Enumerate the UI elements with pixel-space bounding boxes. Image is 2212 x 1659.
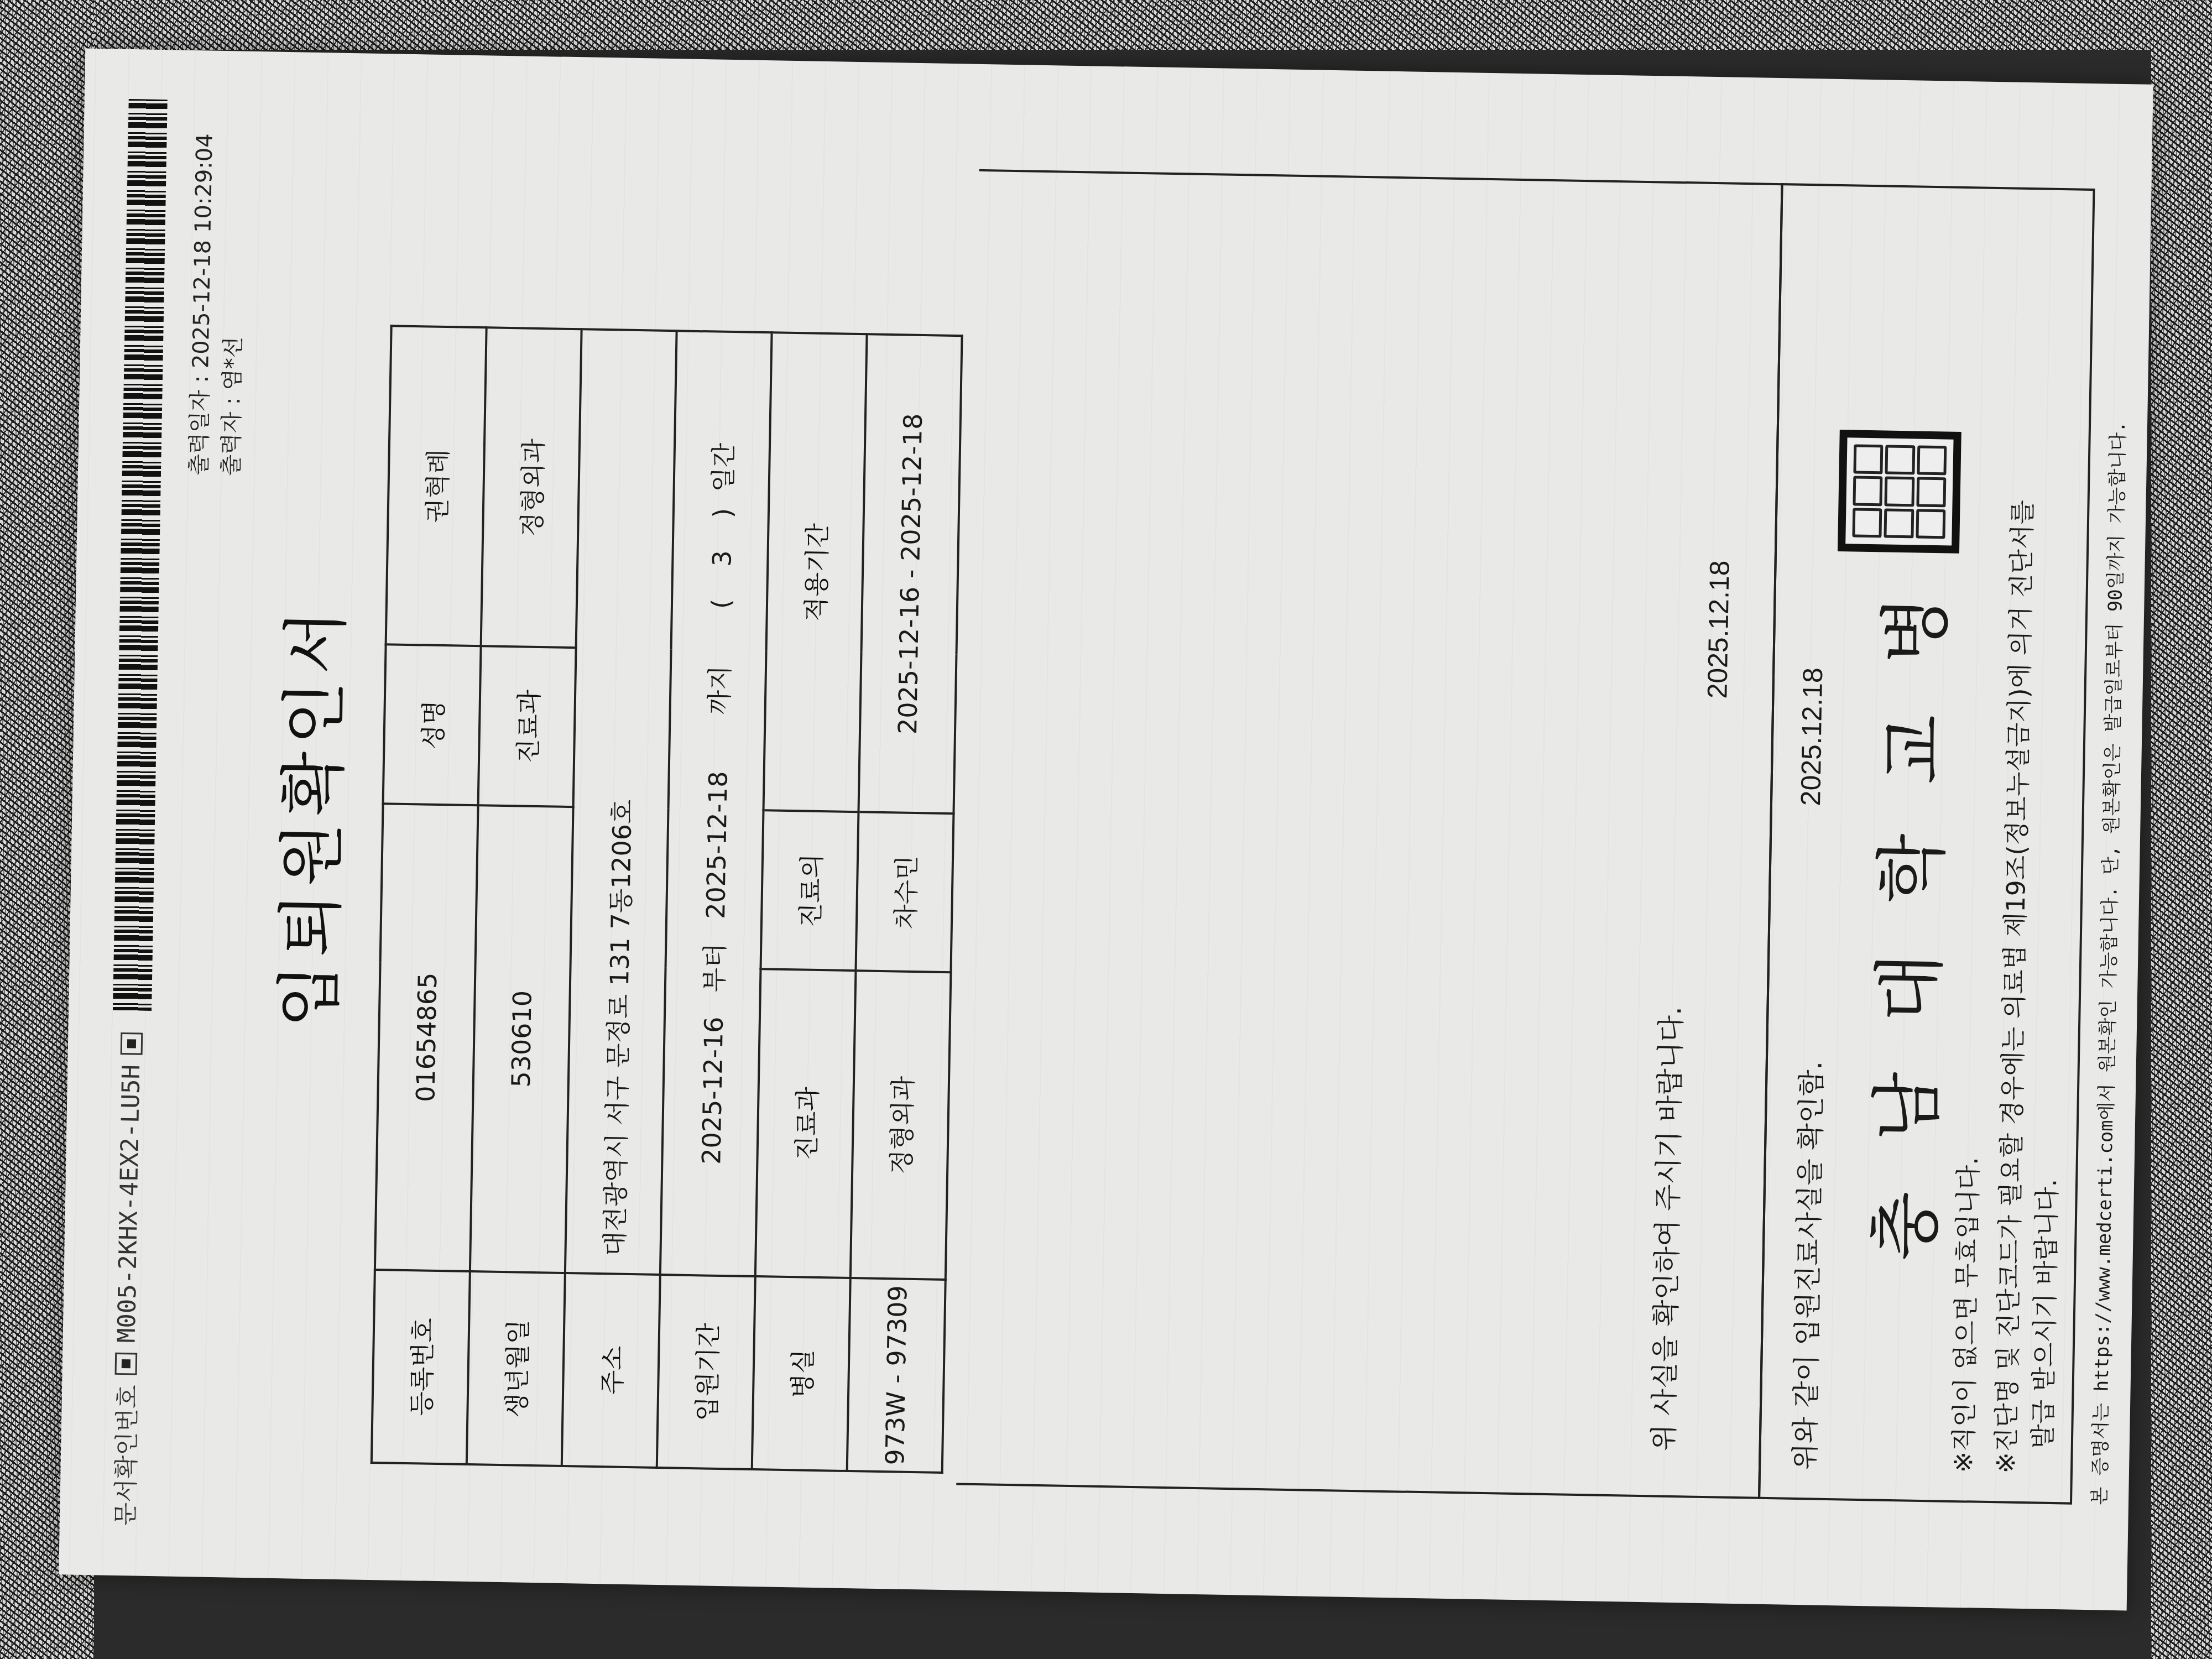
- dept-label: 진료과: [478, 646, 576, 807]
- certification-section: 위와 같이 입원진료사실을 확인함. 2025.12.18 충남대학교병원 ※직…: [1758, 183, 2095, 1505]
- box-marker-icon: [115, 1353, 138, 1375]
- apply-period-value: 2025-12-16 - 2025-12-18: [858, 335, 962, 813]
- admission-info-table: 등록번호 01654865 성명 권혁례 생년월일 530610 진료과 정형외…: [371, 325, 963, 1474]
- verification-footer: 본 증명서는 https://www.medcerti.com에서 원본확인 가…: [2084, 189, 2135, 1505]
- document-title: 입퇴원확인서: [247, 52, 368, 1580]
- print-date-label: 출력일자: [186, 390, 213, 476]
- official-seal-icon: [1838, 430, 1961, 554]
- from-label: 부터: [700, 943, 731, 993]
- room-dept-label: 진료과: [755, 969, 856, 1278]
- request-date: 2025.12.18: [1701, 560, 1735, 699]
- paren-close: ): [708, 508, 738, 518]
- certificate-date: 2025.12.18: [1782, 186, 1837, 1498]
- period-value: 2025-12-16 부터 2025-12-18 까지 ( 3 ) 일간: [660, 331, 772, 1276]
- period-label: 입원기간: [657, 1275, 755, 1469]
- security-pattern-top: [0, 0, 2212, 50]
- admit-date: 2025-12-16: [696, 1016, 729, 1165]
- dept-value: 정형외과: [481, 328, 582, 648]
- printed-by-label: 출력자: [218, 411, 245, 476]
- doctor-label: 진료의: [760, 810, 858, 971]
- doc-confirm-value: M005-2KHX-4EX2-LU5H: [112, 1064, 145, 1343]
- address-value: 대전광역시 서구 문정로 131 7동1206호: [565, 330, 677, 1275]
- room-dept-value: 정형외과: [851, 971, 951, 1280]
- doc-confirm-label: 문서확인번호: [106, 1385, 143, 1526]
- request-section: 위 사실을 확인하여 주시기 바랍니다. 2025.12.18: [956, 169, 1783, 1499]
- doc-confirm-number: 문서확인번호 M005-2KHX-4EX2-LU5H: [106, 1032, 150, 1526]
- name-label: 성명: [383, 644, 481, 805]
- days-unit: 일간: [708, 442, 739, 492]
- print-datetime: 2025-12-18 10:29:04: [188, 133, 217, 369]
- reg-no-value: 01654865: [375, 804, 478, 1271]
- table-row: 973W - 97309 정형외과 차수민 2025-12-16 - 2025-…: [847, 335, 962, 1473]
- security-pattern-right: [2151, 0, 2212, 1659]
- note-seal-required: ※직인이 없으면 무효입니다.: [1943, 1156, 1985, 1473]
- address-label: 주소: [562, 1273, 660, 1468]
- apply-period-label: 적용기간: [764, 333, 867, 812]
- document-header-line: 문서확인번호 M005-2KHX-4EX2-LU5H: [98, 99, 173, 1526]
- document-page: 문서확인번호 M005-2KHX-4EX2-LU5H 출력일자 : 2025-1…: [59, 49, 2153, 1611]
- printed-by: 염*선: [220, 336, 247, 390]
- to-label: 까지: [705, 665, 735, 715]
- discharge-date: 2025-12-18: [701, 771, 733, 919]
- birth-value: 530610: [470, 805, 573, 1273]
- barcode-icon: [113, 99, 168, 1011]
- days-count: 3: [707, 550, 737, 567]
- reg-no-label: 등록번호: [372, 1270, 470, 1464]
- box-marker-icon: [121, 1032, 143, 1055]
- paren-open: (: [706, 599, 736, 609]
- room-label: 병실: [752, 1276, 851, 1471]
- room-value: 973W - 97309: [847, 1278, 946, 1473]
- request-text: 위 사실을 확인하여 주시기 바랍니다.: [1642, 1006, 1689, 1451]
- note-diagnosis: ※진단명 및 진단코드가 필요할 경우에는 의료법 제19조(정보누설금지)에 …: [1987, 499, 2078, 1474]
- doctor-value: 차수민: [855, 812, 953, 973]
- birth-label: 생년월일: [467, 1271, 565, 1466]
- name-value: 권혁례: [386, 326, 487, 646]
- print-info: 출력일자 : 2025-12-18 10:29:04 출력자 : 염*선: [183, 133, 253, 476]
